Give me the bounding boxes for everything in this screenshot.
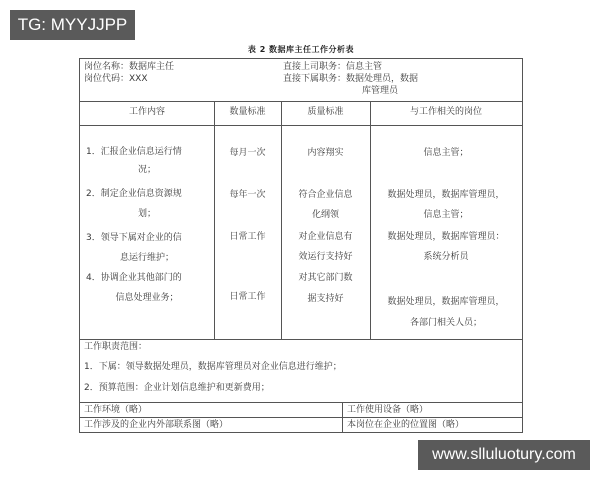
position-code: 岗位代码：XXX: [84, 73, 148, 85]
quality-row-2-line-1: 符合企业信息: [281, 189, 370, 201]
quantity-row-3: 日常工作: [214, 231, 281, 243]
direct-superior: 直接上司职务：信息主管: [283, 61, 382, 73]
quality-row-4-line-1: 对其它部门数: [281, 272, 370, 284]
related-row-3-line-2: 系统分析员: [370, 251, 522, 263]
quality-row-2-line-2: 化纲领: [281, 209, 370, 221]
related-row-2-line-2: 信息主管；: [370, 209, 522, 221]
related-row-3-line-1: 数据处理员，数据库管理员：: [370, 231, 522, 243]
column-divider: [214, 101, 215, 339]
scope-item-2: 2．预算范围：企业计划信息维护和更新费用；: [84, 382, 270, 394]
quality-row-3-line-2: 效运行支持好: [281, 251, 370, 263]
quantity-row-4: 日常工作: [214, 291, 281, 303]
internal-external-contacts: 工作涉及的企业内外部联系图（略）: [84, 419, 228, 431]
divider: [80, 125, 522, 126]
related-row-4-line-1: 数据处理员，数据库管理员，: [370, 296, 522, 308]
divider: [80, 339, 522, 340]
content-row-1-line-1: 1．汇报企业信息运行情: [86, 146, 182, 158]
related-row-1: 信息主管；: [370, 147, 522, 159]
direct-subordinates: 直接下属职务：数据处理员，数据: [283, 73, 418, 85]
document-title: 表 2 数据库主任工作分析表: [79, 44, 523, 55]
quality-row-3-line-1: 对企业信息有: [281, 231, 370, 243]
position-name: 岗位名称：数据库主任: [84, 61, 174, 73]
divider: [80, 402, 522, 403]
content-row-4-line-1: 4．协调企业其他部门的: [86, 272, 182, 284]
content-row-3-line-1: 3．领导下属对企业的信: [86, 232, 182, 244]
work-equipment: 工作使用设备（略）: [347, 404, 428, 416]
direct-subordinates-cont: 库管理员: [362, 85, 398, 97]
quantity-row-2: 每年一次: [214, 189, 281, 201]
watermark-top-left: TG: MYYJJPP: [10, 10, 135, 40]
scope-title: 工作职责范围：: [84, 341, 147, 353]
quality-row-1: 内容翔实: [281, 147, 370, 159]
watermark-bottom-right: www.slluluotury.com: [418, 440, 590, 470]
related-row-4-line-2: 各部门相关人员；: [370, 317, 522, 329]
position-in-org: 本岗位在企业的位置图（略）: [347, 419, 464, 431]
content-row-4-line-2: 信息处理业务；: [80, 292, 214, 304]
content-row-2-line-1: 2．制定企业信息资源规: [86, 188, 182, 200]
column-divider: [342, 402, 343, 432]
job-analysis-table: 岗位名称：数据库主任 岗位代码：XXX 直接上司职务：信息主管 直接下属职务：数…: [79, 58, 523, 433]
divider: [80, 417, 522, 418]
header-quantity-standard: 数量标准: [214, 106, 281, 118]
header-related-positions: 与工作相关的岗位: [370, 106, 522, 118]
divider: [80, 101, 522, 102]
work-environment: 工作环境（略）: [84, 404, 147, 416]
related-row-2-line-1: 数据处理员，数据库管理员，: [370, 189, 522, 201]
content-row-1-line-2: 况；: [80, 164, 214, 176]
quality-row-4-line-2: 据支持好: [281, 293, 370, 305]
header-work-content: 工作内容: [80, 106, 214, 118]
scope-item-1: 1．下属：领导数据处理员，数据库管理员对企业信息进行维护；: [84, 361, 342, 373]
content-row-2-line-2: 划；: [80, 208, 214, 220]
content-row-3-line-2: 息运行维护；: [80, 252, 214, 264]
quantity-row-1: 每月一次: [214, 147, 281, 159]
header-quality-standard: 质量标准: [281, 106, 370, 118]
